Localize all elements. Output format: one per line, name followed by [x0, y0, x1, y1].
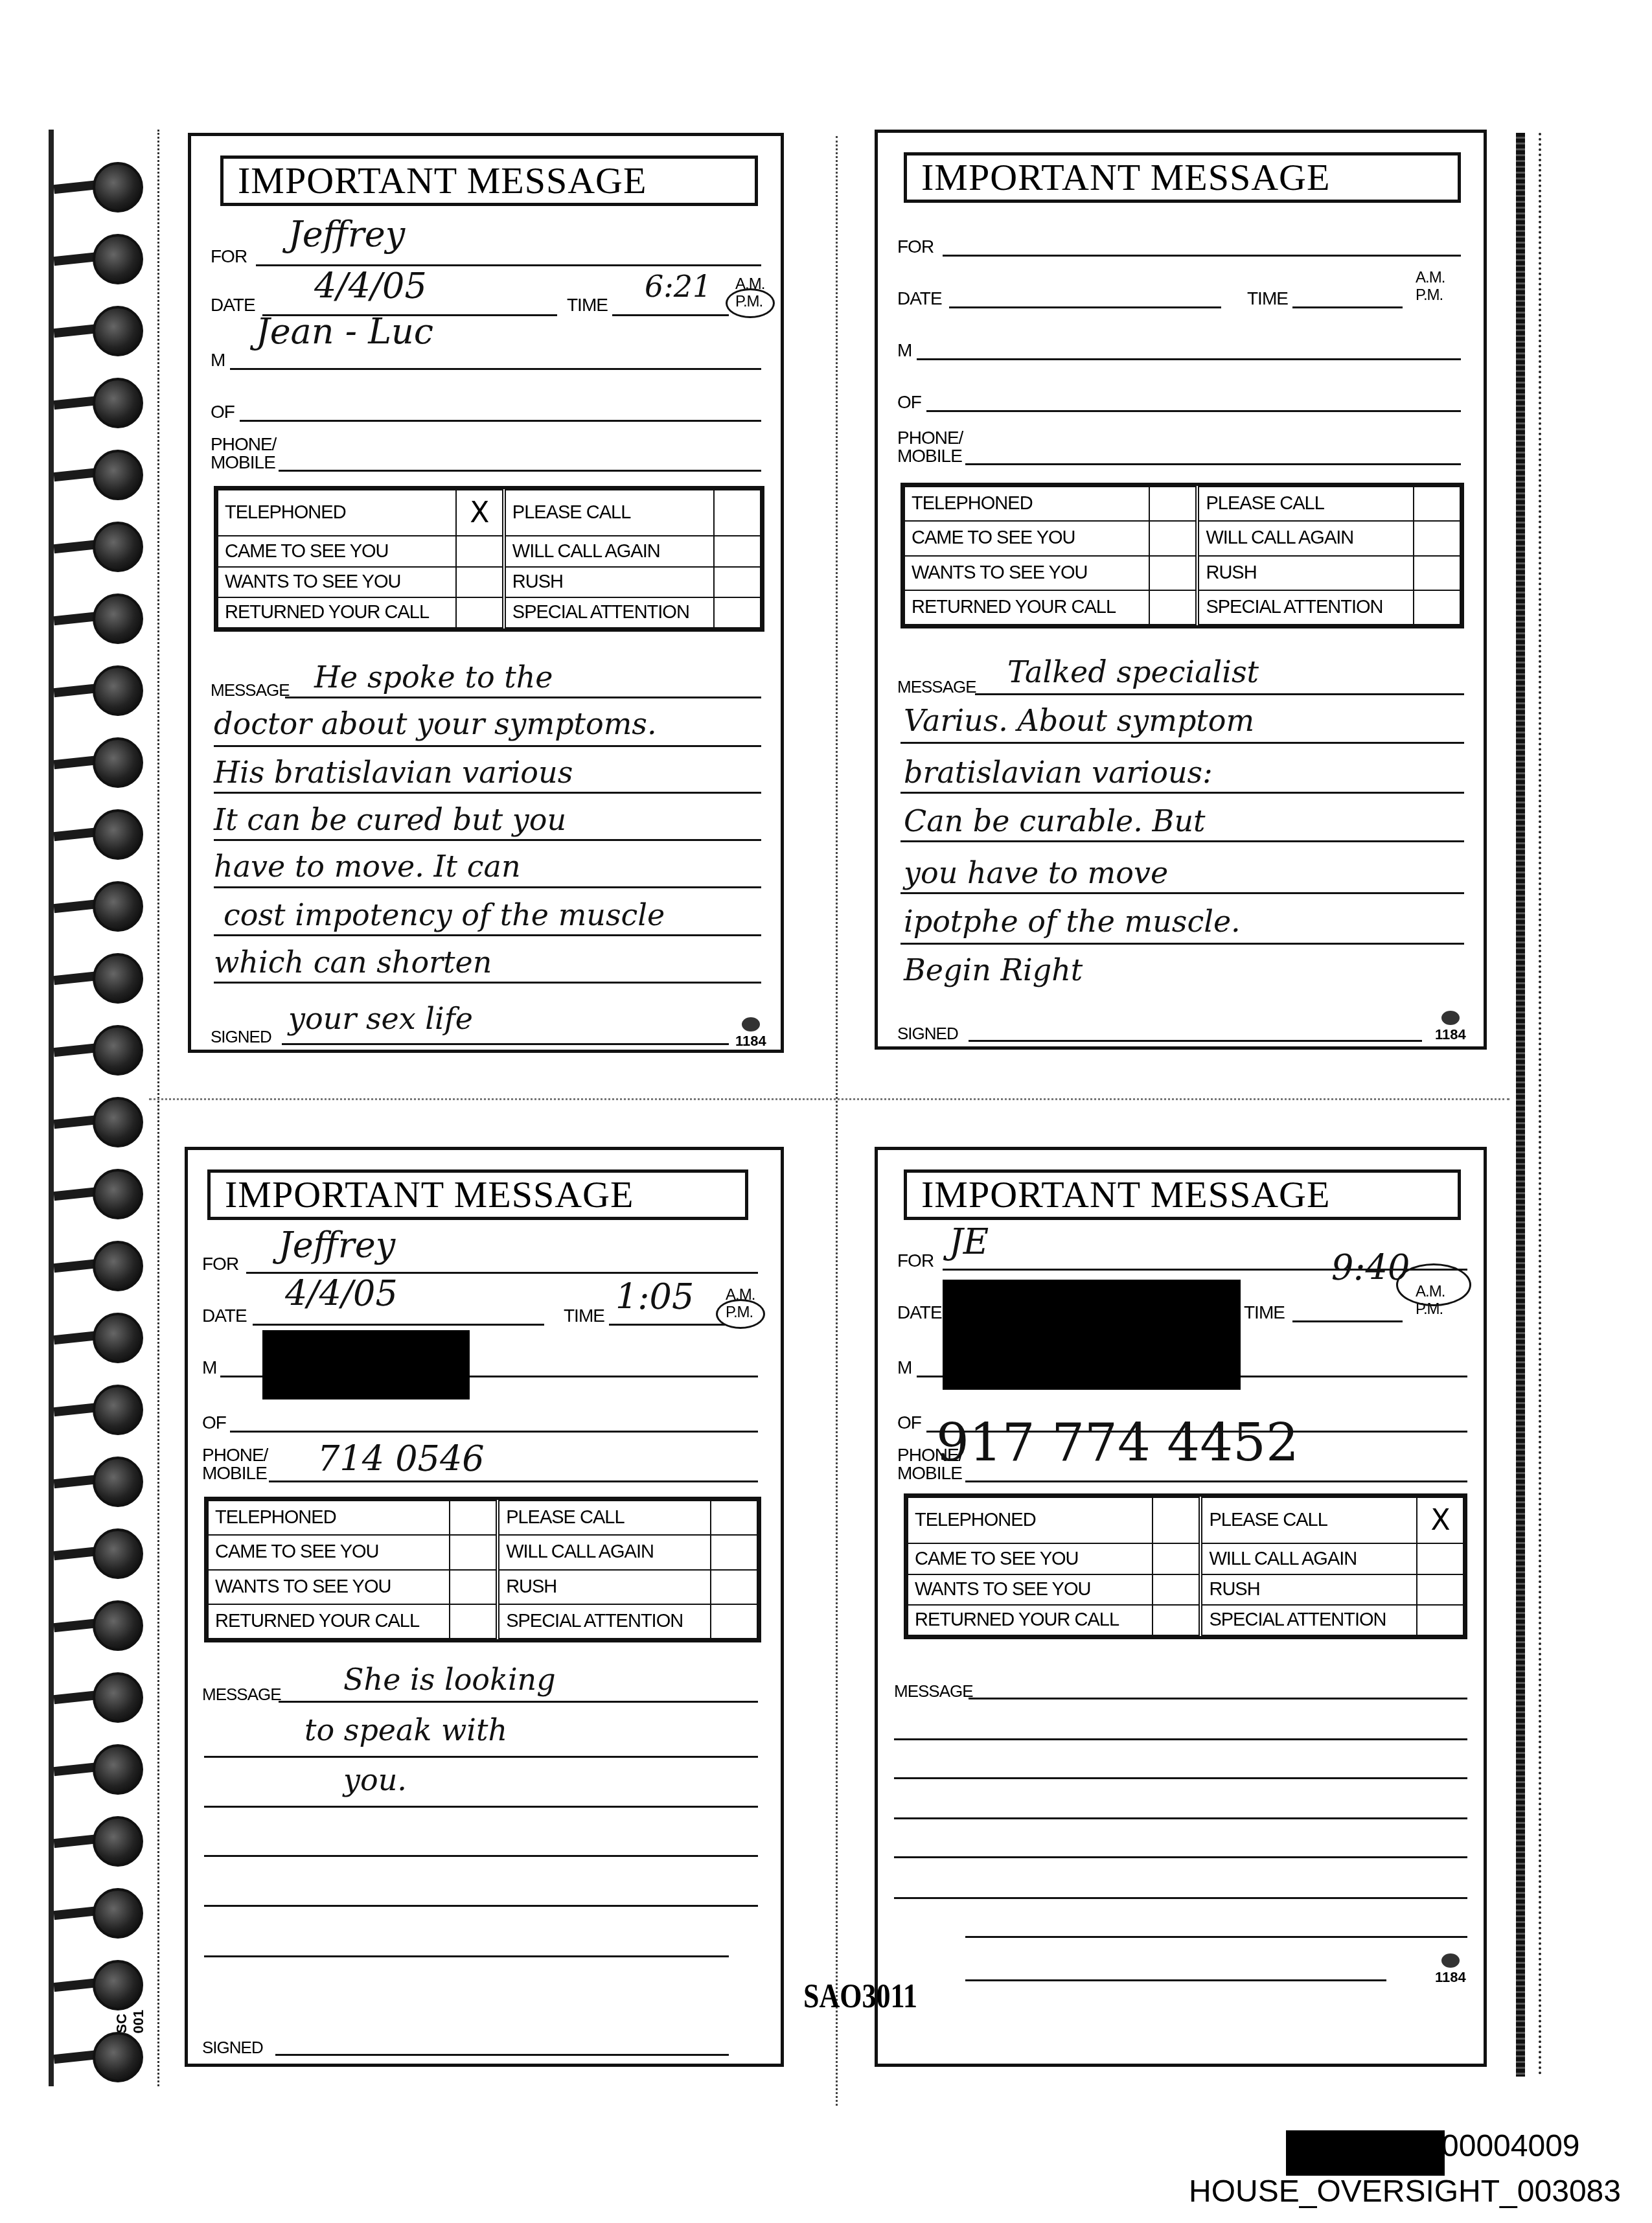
time-value: 6:21: [645, 269, 711, 304]
publisher-logo-icon: [1441, 1011, 1460, 1025]
please-call-checkbox[interactable]: [1414, 487, 1460, 521]
wants-to-see-you-label: WANTS TO SEE YOU: [218, 567, 456, 597]
wants-to-see-you-label: WANTS TO SEE YOU: [904, 556, 1149, 590]
signed-label: SIGNED: [897, 1024, 958, 1044]
checkbox-grid: TELEPHONEDXPLEASE CALL CAME TO SEE YOUWI…: [214, 486, 764, 632]
returned-your-call-label: RETURNED YOUR CALL: [208, 1604, 450, 1639]
came-to-see-you-label: CAME TO SEE YOU: [904, 521, 1149, 555]
spiral-coil-icon: [54, 947, 144, 998]
for-value: JE: [949, 1221, 989, 1262]
mobile-label: MOBILE: [897, 446, 962, 466]
m-label: M: [202, 1357, 216, 1378]
came-to-see-you-label: CAME TO SEE YOU: [208, 1535, 450, 1569]
spiral-coil-icon: [54, 2025, 144, 2077]
message-line-5: you have to move: [904, 855, 1168, 890]
spiral-coil-icon: [54, 1738, 144, 1790]
message-line-2: to speak with: [304, 1712, 507, 1747]
telephoned-label: TELEPHONED: [904, 487, 1149, 521]
please-call-checkbox[interactable]: [714, 490, 761, 536]
spiral-coil-icon: [54, 803, 144, 855]
message-line-1: Talked specialist: [1007, 654, 1259, 689]
please-call-checkbox[interactable]: X: [1417, 1497, 1463, 1543]
message-line-7: Begin Right: [904, 952, 1083, 987]
slip-title: IMPORTANT MESSAGE: [220, 155, 758, 206]
spiral-binding: SC 001: [49, 130, 144, 2086]
special-attention-label: SPECIAL ATTENTION: [1197, 590, 1414, 625]
returned-your-call-label: RETURNED YOUR CALL: [218, 597, 456, 628]
checkbox-grid: TELEPHONEDPLEASE CALLX CAME TO SEE YOUWI…: [904, 1493, 1467, 1639]
will-call-again-checkbox[interactable]: [711, 1535, 757, 1569]
spiral-coil-icon: [54, 1450, 144, 1502]
message-line-1: She is looking: [343, 1662, 556, 1697]
publisher-logo-icon: [742, 1017, 760, 1031]
document-stamp: SAO3011: [803, 1976, 917, 2016]
wants-to-see-you-checkbox[interactable]: [1153, 1574, 1200, 1605]
will-call-again-checkbox[interactable]: [1417, 1543, 1463, 1574]
spiral-coil-icon: [54, 1666, 144, 1718]
rush-label: RUSH: [498, 1570, 711, 1604]
for-label: FOR: [897, 236, 934, 257]
date-label: DATE: [897, 1302, 942, 1323]
rush-checkbox[interactable]: [1414, 556, 1460, 590]
page-edge: [1516, 133, 1525, 2077]
message-line-4: Can be curable. But: [904, 803, 1206, 838]
message-line-4: It can be cured but you: [214, 802, 566, 837]
rush-label: RUSH: [504, 567, 714, 597]
m-value: Jean - Luc: [256, 311, 433, 352]
message-line-1: He spoke to the: [314, 660, 553, 695]
mobile-label: MOBILE: [211, 452, 275, 473]
for-value: Jeffrey: [288, 214, 405, 255]
spiral-coil-icon: [54, 299, 144, 351]
came-to-see-you-label: CAME TO SEE YOU: [908, 1543, 1153, 1574]
message-slip-bottom-right: IMPORTANT MESSAGE FOR JE DATE TIME 9:40 …: [875, 1147, 1487, 2067]
message-line-3: you.: [343, 1762, 407, 1797]
m-label: M: [211, 350, 225, 371]
message-line-6: cost impotency of the muscle: [224, 897, 665, 932]
special-attention-checkbox[interactable]: [714, 597, 761, 628]
rush-checkbox[interactable]: [714, 567, 761, 597]
will-call-again-checkbox[interactable]: [1414, 521, 1460, 555]
time-label: TIME: [564, 1306, 604, 1326]
spiral-coil-icon: [54, 875, 144, 927]
for-label: FOR: [202, 1254, 238, 1274]
telephoned-checkbox[interactable]: [450, 1501, 498, 1535]
telephoned-checkbox[interactable]: X: [456, 490, 504, 536]
time-label: TIME: [567, 295, 608, 316]
returned-your-call-checkbox[interactable]: [450, 1604, 498, 1639]
spiral-coil-icon: [54, 371, 144, 423]
spiral-coil-icon: [54, 1019, 144, 1070]
bates-label: HOUSE_OVERSIGHT_003083: [1189, 2174, 1621, 2209]
rush-label: RUSH: [1200, 1574, 1417, 1605]
spiral-coil-icon: [54, 1594, 144, 1646]
wants-to-see-you-label: WANTS TO SEE YOU: [208, 1570, 450, 1604]
am-circle: [1396, 1263, 1471, 1306]
signed-label: SIGNED: [211, 1027, 271, 1047]
spiral-coil-icon: [54, 731, 144, 783]
rush-checkbox[interactable]: [711, 1570, 757, 1604]
message-line-2: doctor about your symptoms.: [214, 706, 657, 741]
spiral-coil-icon: [54, 1882, 144, 1933]
will-call-again-label: WILL CALL AGAIN: [498, 1535, 711, 1569]
rush-checkbox[interactable]: [1417, 1574, 1463, 1605]
slip-title: IMPORTANT MESSAGE: [207, 1169, 748, 1220]
bates-number: 00004009: [1441, 2128, 1580, 2164]
bates-redaction: [1286, 2130, 1445, 2176]
returned-your-call-label: RETURNED YOUR CALL: [908, 1605, 1153, 1635]
returned-your-call-checkbox[interactable]: [1153, 1605, 1200, 1635]
will-call-again-label: WILL CALL AGAIN: [504, 536, 714, 566]
will-call-again-label: WILL CALL AGAIN: [1200, 1543, 1417, 1574]
message-line-3: His bratislavian various: [214, 755, 573, 790]
spiral-coil-icon: [54, 659, 144, 711]
redaction-block: [943, 1280, 1241, 1390]
slip-title: IMPORTANT MESSAGE: [904, 1169, 1461, 1220]
of-label: OF: [211, 402, 235, 422]
spiral-coil-icon: [54, 1090, 144, 1142]
special-attention-checkbox[interactable]: [1414, 590, 1460, 625]
date-label: DATE: [897, 288, 942, 309]
vertical-perforation: [836, 136, 838, 2106]
message-label: MESSAGE: [894, 1681, 973, 1701]
signed-value: your sex life: [288, 1001, 473, 1036]
of-label: OF: [897, 1412, 921, 1433]
returned-your-call-checkbox[interactable]: [456, 597, 504, 628]
wants-to-see-you-checkbox[interactable]: [450, 1570, 498, 1604]
horizontal-perforation: [149, 1098, 1509, 1100]
pm-label: P.M.: [1416, 286, 1443, 305]
m-label: M: [897, 340, 912, 361]
for-value: Jeffrey: [279, 1225, 395, 1265]
spiral-coil-icon: [54, 1522, 144, 1574]
pm-circle: [726, 288, 775, 318]
came-to-see-you-checkbox[interactable]: [1153, 1543, 1200, 1574]
spiral-coil-icon: [54, 1162, 144, 1214]
wants-to-see-you-checkbox[interactable]: [456, 567, 504, 597]
wants-to-see-you-checkbox[interactable]: [1149, 556, 1197, 590]
form-number: 1184: [1435, 1011, 1466, 1043]
date-label: DATE: [202, 1306, 247, 1326]
redaction-block: [262, 1330, 470, 1399]
date-value: 4/4/05: [285, 1273, 398, 1314]
for-label: FOR: [211, 246, 247, 267]
spiral-coil-icon: [54, 587, 144, 639]
spiral-coil-icon: [54, 443, 144, 495]
signed-label: SIGNED: [202, 2038, 263, 2058]
special-attention-checkbox[interactable]: [711, 1604, 757, 1639]
mobile-label: MOBILE: [202, 1463, 267, 1484]
time-label: TIME: [1247, 288, 1288, 309]
of-label: OF: [897, 392, 921, 413]
phone-value: 714 0546: [317, 1438, 485, 1479]
message-line-6: ipotphe of the muscle.: [904, 904, 1241, 939]
pm-circle: [716, 1299, 765, 1329]
message-label: MESSAGE: [211, 680, 290, 700]
please-call-label: PLEASE CALL: [1197, 487, 1414, 521]
message-slip-bottom-left: IMPORTANT MESSAGE FOR Jeffrey DATE 4/4/0…: [185, 1147, 784, 2067]
spiral-coil-icon: [54, 155, 144, 207]
form-number: 1184: [735, 1017, 766, 1050]
came-to-see-you-checkbox[interactable]: [456, 536, 504, 566]
message-line-7: which can shorten: [214, 945, 492, 980]
spiral-coil-icon: [54, 1378, 144, 1430]
rush-label: RUSH: [1197, 556, 1414, 590]
m-label: M: [897, 1357, 912, 1378]
phone-value: 917 774 4452: [936, 1412, 1299, 1473]
returned-your-call-checkbox[interactable]: [1149, 590, 1197, 625]
spiral-coil-icon: [54, 1953, 144, 2005]
wants-to-see-you-label: WANTS TO SEE YOU: [908, 1574, 1153, 1605]
spiral-coil-icon: [54, 227, 144, 279]
special-attention-label: SPECIAL ATTENTION: [504, 597, 714, 628]
spiral-coil-icon: [54, 515, 144, 567]
message-slip-top-left: IMPORTANT MESSAGE FOR Jeffrey DATE 4/4/0…: [188, 133, 784, 1053]
page-edge-perforation: [1539, 133, 1545, 2077]
am-label: A.M.: [1416, 269, 1445, 287]
message-line-2: Varius. About symptom: [904, 703, 1254, 738]
time-value: 1:05: [615, 1276, 694, 1317]
telephoned-label: TELEPHONED: [908, 1497, 1153, 1543]
telephoned-checkbox[interactable]: [1153, 1497, 1200, 1543]
special-attention-checkbox[interactable]: [1417, 1605, 1463, 1635]
came-to-see-you-checkbox[interactable]: [1149, 521, 1197, 555]
message-line-3: bratislavian various:: [904, 755, 1213, 790]
please-call-label: PLEASE CALL: [498, 1501, 711, 1535]
came-to-see-you-checkbox[interactable]: [450, 1535, 498, 1569]
message-line-5: have to move. It can: [214, 849, 521, 884]
returned-your-call-label: RETURNED YOUR CALL: [904, 590, 1149, 625]
perforation-line: [157, 130, 162, 2086]
date-value: 4/4/05: [314, 266, 427, 306]
for-label: FOR: [897, 1250, 934, 1271]
special-attention-label: SPECIAL ATTENTION: [498, 1604, 711, 1639]
of-label: OF: [202, 1412, 226, 1433]
will-call-again-label: WILL CALL AGAIN: [1197, 521, 1414, 555]
please-call-checkbox[interactable]: [711, 1501, 757, 1535]
spiral-coil-icon: [54, 1810, 144, 1861]
telephoned-label: TELEPHONED: [218, 490, 456, 536]
checkbox-grid: TELEPHONEDPLEASE CALL CAME TO SEE YOUWIL…: [204, 1497, 761, 1642]
message-slip-top-right: IMPORTANT MESSAGE FOR DATE TIME A.M. P.M…: [875, 130, 1487, 1050]
date-label: DATE: [211, 295, 255, 316]
please-call-label: PLEASE CALL: [504, 490, 714, 536]
checkbox-grid: TELEPHONEDPLEASE CALL CAME TO SEE YOUWIL…: [901, 483, 1464, 628]
please-call-label: PLEASE CALL: [1200, 1497, 1417, 1543]
came-to-see-you-label: CAME TO SEE YOU: [218, 536, 456, 566]
telephoned-label: TELEPHONED: [208, 1501, 450, 1535]
message-label: MESSAGE: [202, 1685, 281, 1705]
form-number: 1184: [1435, 1953, 1466, 1986]
spiral-coil-icon: [54, 1234, 144, 1286]
will-call-again-checkbox[interactable]: [714, 536, 761, 566]
publisher-logo-icon: [1441, 1953, 1460, 1968]
special-attention-label: SPECIAL ATTENTION: [1200, 1605, 1417, 1635]
time-label: TIME: [1244, 1302, 1285, 1323]
slip-title: IMPORTANT MESSAGE: [904, 152, 1461, 203]
spiral-coil-icon: [54, 1306, 144, 1358]
message-label: MESSAGE: [897, 677, 976, 697]
telephoned-checkbox[interactable]: [1149, 487, 1197, 521]
